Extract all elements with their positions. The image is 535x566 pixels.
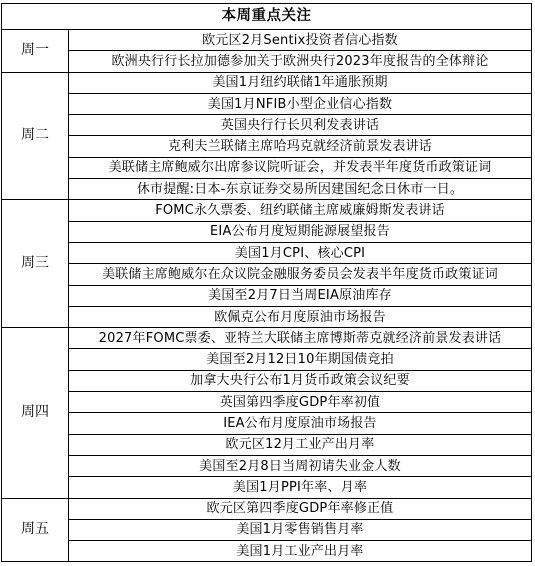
event-cell: 美联储主席鲍威尔出席参议院听证会，并发表半年度货币政策证词 bbox=[69, 157, 532, 178]
table-row: 欧元区12月工业产出月率 bbox=[2, 434, 532, 455]
event-cell: FOMC永久票委、纽约联储主席威廉姆斯发表讲话 bbox=[69, 200, 532, 221]
weekly-focus-table: 本周重点关注 周一 欧元区2月Sentix投资者信心指数 欧洲央行行长拉加德参加… bbox=[1, 3, 532, 562]
event-cell: 美国1月纽约联储1年通胀预期 bbox=[69, 72, 532, 93]
table-row: 休市提醒:日本-东京证券交易所因建国纪念日休市一日。 bbox=[2, 179, 532, 200]
event-cell: 英国央行行长贝利发表讲话 bbox=[69, 115, 532, 136]
table-title: 本周重点关注 bbox=[2, 4, 532, 30]
event-cell: 欧洲央行行长拉加德参加关于欧洲央行2023年度报告的全体辩论 bbox=[69, 51, 532, 72]
day-label-monday: 周一 bbox=[2, 30, 69, 73]
event-cell: 克利夫兰联储主席哈玛克就经济前景发表讲话 bbox=[69, 136, 532, 157]
event-cell: 加拿大央行公布1月货币政策会议纪要 bbox=[69, 370, 532, 391]
event-cell: 美国1月CPI、核心CPI bbox=[69, 242, 532, 263]
event-cell: 美国至2月12日10年期国债竞拍 bbox=[69, 349, 532, 370]
table-row: 美国1月工业产出月率 bbox=[2, 541, 532, 562]
table-row: 周三 FOMC永久票委、纽约联储主席威廉姆斯发表讲话 bbox=[2, 200, 532, 221]
event-cell: 美国1月工业产出月率 bbox=[69, 541, 532, 562]
table-row: 美国1月CPI、核心CPI bbox=[2, 242, 532, 263]
table-row: 美联储主席鲍威尔在众议院金融服务委员会发表半年度货币政策证词 bbox=[2, 264, 532, 285]
table-row: 美国1月NFIB小型企业信心指数 bbox=[2, 93, 532, 114]
event-cell: 美国至2月7日当周EIA原油库存 bbox=[69, 285, 532, 306]
event-cell: 2027年FOMC票委、亚特兰大联储主席博斯蒂克就经济前景发表讲话 bbox=[69, 328, 532, 349]
table-row: 加拿大央行公布1月货币政策会议纪要 bbox=[2, 370, 532, 391]
table-row: 周二 美国1月纽约联储1年通胀预期 bbox=[2, 72, 532, 93]
table-row: 欧洲央行行长拉加德参加关于欧洲央行2023年度报告的全体辩论 bbox=[2, 51, 532, 72]
table-row: 美国1月PPI年率、月率 bbox=[2, 477, 532, 498]
day-label-wednesday: 周三 bbox=[2, 200, 69, 328]
table-row: 欧佩克公布月度原油市场报告 bbox=[2, 306, 532, 327]
event-cell: 欧佩克公布月度原油市场报告 bbox=[69, 306, 532, 327]
table-row: 美国至2月8日当周初请失业金人数 bbox=[2, 455, 532, 476]
table-row: 周一 欧元区2月Sentix投资者信心指数 bbox=[2, 30, 532, 51]
event-cell: 美联储主席鲍威尔在众议院金融服务委员会发表半年度货币政策证词 bbox=[69, 264, 532, 285]
event-cell: 美国1月零售销售月率 bbox=[69, 519, 532, 540]
table-row: 英国第四季度GDP年率初值 bbox=[2, 392, 532, 413]
table-row: 周四 2027年FOMC票委、亚特兰大联储主席博斯蒂克就经济前景发表讲话 bbox=[2, 328, 532, 349]
table-row: IEA公布月度原油市场报告 bbox=[2, 413, 532, 434]
event-cell: 美国1月NFIB小型企业信心指数 bbox=[69, 93, 532, 114]
day-label-tuesday: 周二 bbox=[2, 72, 69, 200]
event-cell: 美国至2月8日当周初请失业金人数 bbox=[69, 455, 532, 476]
event-cell: 休市提醒:日本-东京证券交易所因建国纪念日休市一日。 bbox=[69, 179, 532, 200]
table-row: 美国1月零售销售月率 bbox=[2, 519, 532, 540]
day-label-thursday: 周四 bbox=[2, 328, 69, 498]
table-row: 克利夫兰联储主席哈玛克就经济前景发表讲话 bbox=[2, 136, 532, 157]
table-row: 英国央行行长贝利发表讲话 bbox=[2, 115, 532, 136]
event-cell: EIA公布月度短期能源展望报告 bbox=[69, 221, 532, 242]
event-cell: 美国1月PPI年率、月率 bbox=[69, 477, 532, 498]
title-row: 本周重点关注 bbox=[2, 4, 532, 30]
event-cell: IEA公布月度原油市场报告 bbox=[69, 413, 532, 434]
event-cell: 欧元区2月Sentix投资者信心指数 bbox=[69, 30, 532, 51]
day-label-friday: 周五 bbox=[2, 498, 69, 562]
table-row: EIA公布月度短期能源展望报告 bbox=[2, 221, 532, 242]
table-row: 周五 欧元区第四季度GDP年率修正值 bbox=[2, 498, 532, 519]
event-cell: 欧元区12月工业产出月率 bbox=[69, 434, 532, 455]
event-cell: 欧元区第四季度GDP年率修正值 bbox=[69, 498, 532, 519]
table-row: 美国至2月12日10年期国债竞拍 bbox=[2, 349, 532, 370]
table-row: 美国至2月7日当周EIA原油库存 bbox=[2, 285, 532, 306]
event-cell: 英国第四季度GDP年率初值 bbox=[69, 392, 532, 413]
table-row: 美联储主席鲍威尔出席参议院听证会，并发表半年度货币政策证词 bbox=[2, 157, 532, 178]
